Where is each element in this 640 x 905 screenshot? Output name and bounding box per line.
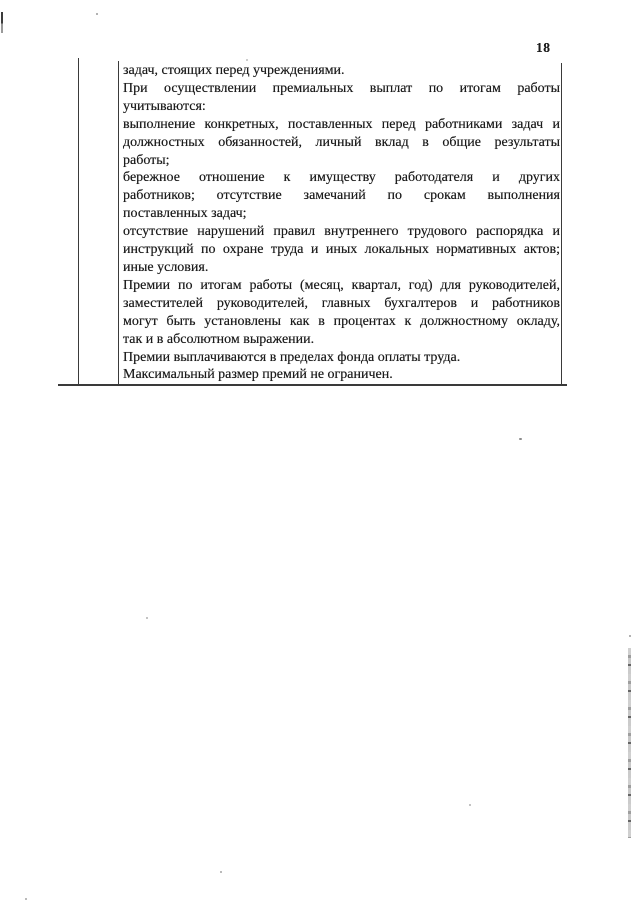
scan-speck xyxy=(469,804,471,806)
scan-artifact-left-edge xyxy=(1,12,3,33)
scan-speck xyxy=(25,898,27,900)
text-line: поставленных задач; xyxy=(123,205,560,223)
text-line: отсутствие нарушений правил внутреннего … xyxy=(123,223,560,241)
text-line: должностных обязанностей, личный вклад в… xyxy=(123,134,560,152)
text-line: При осуществлении премиальных выплат по … xyxy=(123,80,560,98)
scan-speck xyxy=(519,438,522,440)
scan-artifact-right-edge xyxy=(628,648,631,838)
scan-speck xyxy=(96,13,98,15)
text-line: Премии по итогам работы (месяц, квартал,… xyxy=(123,277,560,295)
text-line: заместителей руководителей, главных бухг… xyxy=(123,295,560,313)
scan-speck xyxy=(629,635,631,637)
text-line: задач, стоящих перед учреждениями. xyxy=(123,62,560,80)
text-line: Премии выплачиваются в пределах фонда оп… xyxy=(123,349,560,367)
text-line: иные условия. xyxy=(123,259,560,277)
table-text-column: задач, стоящих перед учреждениями.При ос… xyxy=(123,62,560,384)
table-border-right xyxy=(561,63,562,386)
scan-speck xyxy=(246,59,248,61)
text-line: бережное отношение к имуществу работодат… xyxy=(123,169,560,187)
text-line: работы; xyxy=(123,152,560,170)
table-border-left xyxy=(78,58,79,386)
scan-speck xyxy=(146,617,148,619)
page-number: 18 xyxy=(536,40,562,56)
text-line: учитываются: xyxy=(123,98,560,116)
text-line: Максимальный размер премий не ограничен. xyxy=(123,366,560,384)
document-page: 18 задач, стоящих перед учреждениями.При… xyxy=(0,0,640,905)
table-border-divider xyxy=(118,61,119,386)
text-line: работников; отсутствие замечаний по срок… xyxy=(123,187,560,205)
scan-speck xyxy=(220,871,222,873)
text-line: могут быть установлены как в процентах к… xyxy=(123,313,560,331)
text-line: так и в абсолютном выражении. xyxy=(123,331,560,349)
text-line: выполнение конкретных, поставленных пере… xyxy=(123,116,560,134)
text-line: инструкций по охране труда и иных локаль… xyxy=(123,241,560,259)
